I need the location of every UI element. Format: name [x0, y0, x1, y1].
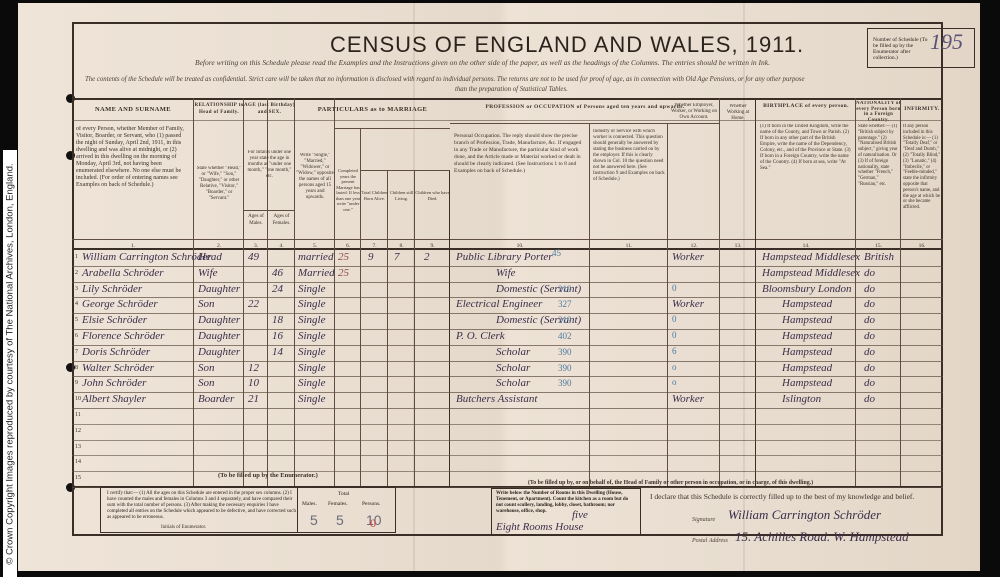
certify-text: I certify that:— (1) All the ages on thi… — [107, 491, 297, 521]
marital-cell: Single — [298, 346, 326, 358]
birthplace-cell: Hampstead Middlesex — [762, 251, 860, 263]
female-age-cell: 24 — [272, 283, 283, 295]
column-13: Whether Working at Home. — [720, 98, 756, 486]
birthplace-cell: Islington — [782, 393, 821, 405]
address-label: Postal Address — [692, 538, 728, 544]
row-number: 10 — [75, 396, 81, 402]
instruction-line: Before writing on this Schedule please r… — [195, 58, 770, 67]
name-cell: Elsie Schröder — [82, 314, 147, 326]
birthplace-cell: Hampstead — [782, 362, 832, 374]
relationship-cell: Daughter — [198, 346, 240, 358]
column-sub-male-age: Ages of Males. — [244, 213, 268, 227]
employer-cell: 0 — [672, 330, 677, 340]
empty-row-number: 13 — [75, 444, 81, 450]
credit-text: © Crown Copyright Images reproduced by c… — [5, 163, 16, 564]
name-cell: William Carrington Schröder — [82, 251, 212, 263]
birthplace-cell: Hampstead — [782, 346, 832, 358]
census-table: NAME AND SURNAME of every Person, whethe… — [72, 98, 943, 486]
occupation-cell: Scholar — [496, 362, 530, 374]
nationality-cell: do — [864, 267, 875, 279]
female-age-cell: 18 — [272, 314, 283, 326]
male-age-cell: 22 — [248, 298, 259, 310]
column-title-age: AGE (last Birthday) and SEX. — [244, 102, 295, 116]
column-desc-living: Children still Living. — [388, 190, 415, 201]
row-number: 1 — [75, 254, 78, 260]
signature-value: William Carrington Schröder — [728, 507, 881, 523]
column-title-birthplace: BIRTHPLACE of every person. — [756, 103, 856, 110]
column-desc-died: Children who have Died. — [415, 190, 450, 201]
occupation-code: 45 — [552, 248, 561, 258]
nationality-cell: British — [864, 251, 894, 263]
column-desc-years-married: Completed years the present Marriage has… — [335, 168, 361, 212]
age-subrule — [244, 210, 295, 211]
rooms-mark: five — [572, 509, 588, 521]
male-age-cell: 10 — [248, 377, 259, 389]
rooms-box: Write below the Number of Rooms in this … — [491, 488, 641, 536]
birthplace-cell: Hampstead — [782, 377, 832, 389]
column-title-marriage: PARTICULARS as to MARRIAGE — [295, 106, 450, 113]
employer-cell: o — [672, 362, 677, 372]
nationality-cell: do — [864, 298, 875, 310]
nationality-cell: do — [864, 330, 875, 342]
red-mark: 0 — [370, 516, 376, 531]
confidential-line: The contents of the Schedule will be tre… — [85, 76, 804, 83]
row-rule — [72, 440, 943, 441]
employer-cell: 0 — [672, 283, 677, 293]
row-number: 2 — [75, 270, 78, 276]
row-number: 4 — [75, 301, 78, 307]
died-cell: 2 — [424, 251, 430, 263]
column-number: 12. — [668, 243, 720, 249]
occupation-cell: Scholar — [496, 346, 530, 358]
totals-area: Total Males. Females. Persons. 5 5 10 — [297, 488, 395, 532]
occupation-cell: Wife — [496, 267, 516, 279]
marital-cell: Single — [298, 283, 326, 295]
male-age-cell: 49 — [248, 251, 259, 263]
relationship-cell: Daughter — [198, 330, 240, 342]
initials-label: Initials of Enumerator. — [161, 525, 206, 530]
occupation-cell: Butchers Assistant — [456, 393, 537, 405]
male-age-cell: 21 — [248, 393, 259, 405]
marital-cell: Single — [298, 298, 326, 310]
total-males: 5 — [310, 512, 318, 528]
female-age-cell: 14 — [272, 346, 283, 358]
nationality-cell: do — [864, 283, 875, 295]
total-females: 5 — [336, 512, 344, 528]
column-title-relationship: RELATIONSHIP to Head of Family. — [194, 102, 244, 116]
name-cell: George Schröder — [82, 298, 158, 310]
column-desc-birthplace: (1) If born in the United Kingdom, write… — [760, 124, 852, 172]
relationship-cell: Wife — [198, 267, 218, 279]
page-title: CENSUS OF ENGLAND AND WALES, 1911. — [330, 32, 804, 58]
household-heading: (To be filled up by, or on behalf of, th… — [528, 480, 813, 486]
column-desc-relationship: State whether "Head," or "Wife," "Son," … — [196, 166, 242, 202]
occupation-cell: Scholar — [496, 377, 530, 389]
name-cell: Florence Schröder — [82, 330, 164, 342]
name-cell: Lily Schröder — [82, 283, 142, 295]
occupation-cell: P. O. Clerk — [456, 330, 505, 342]
column-number: 16. — [901, 243, 943, 249]
column-sub-female-age: Ages of Females. — [268, 213, 295, 227]
nationality-cell: do — [864, 393, 875, 405]
row-number: 5 — [75, 317, 78, 323]
rooms-instruction: Write below the Number of Rooms in this … — [496, 491, 636, 515]
employer-cell: 0 — [672, 314, 677, 324]
occupation-code: 390 — [558, 347, 572, 357]
employer-cell: Worker — [672, 393, 704, 405]
column-desc-industry: Industry or Service with which worker is… — [593, 129, 665, 183]
nationality-cell: do — [864, 362, 875, 374]
column-desc-occupation: Personal Occupation. The reply should sh… — [454, 133, 586, 175]
column-11: Industry or Service with which worker is… — [590, 123, 668, 486]
column-number: 5. — [295, 243, 335, 249]
column-7: Total Children Born Alive. — [361, 170, 388, 486]
column-9: Children who have Died. — [415, 170, 450, 486]
occupation-cell: Electrical Engineer — [456, 298, 542, 310]
name-cell: Walter Schröder — [82, 362, 154, 374]
row-rule — [72, 424, 943, 425]
row-number: 8 — [75, 365, 78, 371]
column-number: 13. — [720, 243, 756, 249]
column-6: Completed years the present Marriage has… — [335, 128, 361, 486]
row-number: 9 — [75, 380, 78, 386]
empty-row-number: 15 — [75, 475, 81, 481]
column-number: 8. — [388, 243, 415, 249]
declaration-text: I declare that this Schedule is correctl… — [650, 492, 914, 501]
confidential-line-2: than the preparation of Statistical Tabl… — [455, 86, 568, 93]
column-desc-nationality: State whether:— (1) "British subject by … — [858, 124, 899, 188]
column-number: 3. — [244, 243, 268, 249]
occupation-code: 219 — [558, 315, 572, 325]
employer-cell: 6 — [672, 346, 677, 356]
children-subrule — [361, 170, 450, 171]
employer-cell: Worker — [672, 298, 704, 310]
row-rule — [72, 455, 943, 456]
birthplace-cell: Hampstead Middlesex — [762, 267, 860, 279]
column-number: 14. — [756, 243, 856, 249]
name-cell: John Schröder — [82, 377, 146, 389]
column-number: 6. — [335, 243, 361, 249]
copyright-credit: © Crown Copyright Images reproduced by c… — [3, 150, 17, 577]
occupation-code: 390 — [558, 378, 572, 388]
column-8: Children still Living. — [388, 170, 415, 486]
column-desc-age: For Infants under one year state the age… — [246, 150, 293, 180]
row-number: 3 — [75, 286, 78, 292]
column-15: NATIONALITY of every Person born in a Fo… — [856, 98, 901, 486]
marital-cell: Single — [298, 393, 326, 405]
birthplace-cell: Bloomsbury London — [762, 283, 852, 295]
column-number: 1. — [72, 243, 194, 249]
column-title-name: NAME AND SURNAME — [72, 106, 194, 113]
row-rule — [72, 471, 943, 472]
marital-cell: Single — [298, 314, 326, 326]
column-number: 7. — [361, 243, 388, 249]
females-label: Females. — [328, 501, 348, 507]
column-title-infirmity: INFIRMITY. — [901, 106, 943, 113]
row-number: 7 — [75, 349, 78, 355]
occupation-code: 219 — [558, 284, 572, 294]
relationship-cell: Son — [198, 377, 215, 389]
persons-label: Persons. — [362, 501, 381, 507]
totals-label: Total — [338, 491, 349, 497]
nationality-cell: do — [864, 377, 875, 389]
column-desc-name: of every Person, whether Member of Famil… — [76, 126, 190, 189]
row-rule — [72, 408, 943, 409]
relationship-cell: Daughter — [198, 283, 240, 295]
nationality-cell: do — [864, 346, 875, 358]
empty-row-number: 11 — [75, 412, 81, 418]
title-subrule — [72, 120, 943, 121]
name-cell: Arabella Schröder — [82, 267, 164, 279]
relationship-cell: Boarder — [198, 393, 234, 405]
marital-cell: married — [298, 251, 333, 263]
address-value: 15. Achilles Road. W. Hampstead — [735, 529, 909, 545]
male-age-cell: 12 — [248, 362, 259, 374]
marital-cell: Single — [298, 377, 326, 389]
relationship-cell: Son — [198, 298, 215, 310]
column-number: 15. — [856, 243, 901, 249]
nationality-cell: do — [864, 314, 875, 326]
marital-cell: Single — [298, 362, 326, 374]
schedule-number-label: Number of Schedule (To be filled up by t… — [873, 37, 931, 61]
occupation-code: 390 — [558, 363, 572, 373]
occupation-code: 327 — [558, 299, 572, 309]
marital-cell: Married — [298, 267, 335, 279]
column-desc-infirmity: If any person included in this Schedule … — [903, 124, 941, 211]
empty-row-number: 14 — [75, 459, 81, 465]
column-number: 9. — [415, 243, 450, 249]
rooms-value: Eight Rooms House — [496, 521, 583, 533]
column-number: 4. — [268, 243, 295, 249]
birthplace-cell: Hampstead — [782, 330, 832, 342]
marriage-subrule — [335, 128, 450, 129]
empty-row-number: 12 — [75, 428, 81, 434]
row-number: 6 — [75, 333, 78, 339]
living-cell: 7 — [394, 251, 400, 263]
relationship-cell: Daughter — [198, 314, 240, 326]
schedule-number: 195 — [930, 29, 963, 55]
column-number: 10. — [450, 243, 590, 249]
enumerator-box: I certify that:— (1) All the ages on thi… — [100, 487, 396, 533]
employer-cell: Worker — [672, 251, 704, 263]
males-label: Males. — [302, 501, 317, 507]
occupation-code: 402 — [558, 331, 572, 341]
name-cell: Doris Schröder — [82, 346, 150, 358]
signature-label: Signature — [692, 517, 715, 523]
name-cell: Albert Shayler — [82, 393, 146, 405]
born-alive-cell: 9 — [368, 251, 374, 263]
relationship-cell: Head — [198, 251, 222, 263]
occupation-cell: Public Library Porter — [456, 251, 553, 263]
birthplace-cell: Hampstead — [782, 314, 832, 326]
schedule-number-box: Number of Schedule (To be filled up by t… — [867, 28, 975, 68]
enumerator-heading: (To be filled up by the Enumerator.) — [218, 472, 318, 479]
column-desc-born-alive: Total Children Born Alive. — [361, 190, 388, 201]
marital-cell: Single — [298, 330, 326, 342]
female-age-cell: 16 — [272, 330, 283, 342]
column-number: 11. — [590, 243, 668, 249]
birthplace-cell: Hampstead — [782, 298, 832, 310]
column-16: INFIRMITY. If any person included in thi… — [901, 98, 943, 486]
column-desc-marital: Write "Single," "Married," "Widower," or… — [296, 153, 334, 201]
column-desc-employer: Whether Employer, Worker, or Working on … — [670, 103, 718, 121]
years-married-cell: 25 — [338, 267, 349, 279]
female-age-cell: 46 — [272, 267, 283, 279]
years-married-cell: 25 — [338, 251, 349, 263]
employer-cell: o — [672, 377, 677, 387]
relationship-cell: Son — [198, 362, 215, 374]
column-number: 2. — [194, 243, 244, 249]
